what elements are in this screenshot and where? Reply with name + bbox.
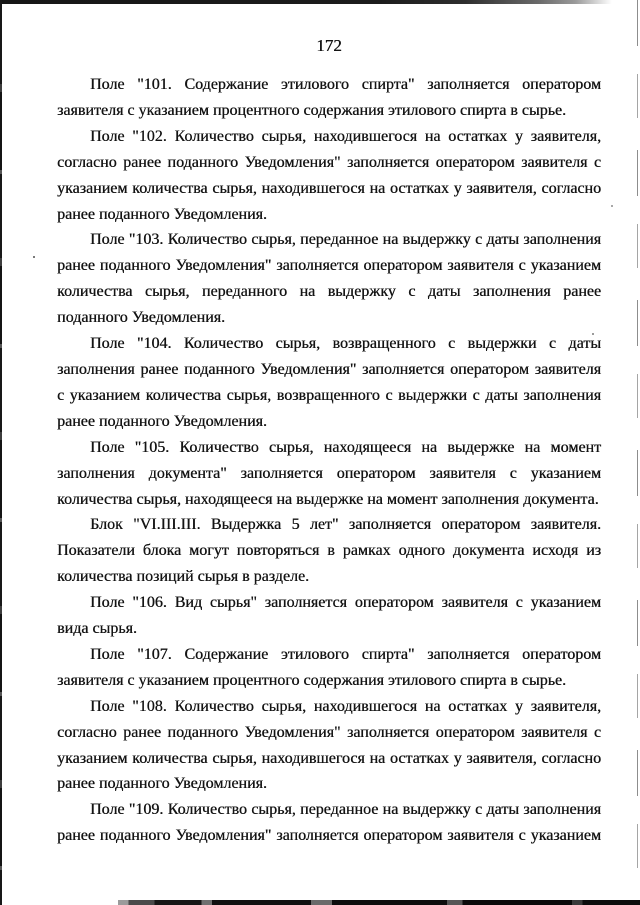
para-field-107: Поле "107. Содержание этилового спирта" …: [57, 642, 601, 694]
para-field-105: Поле "105. Количество сырья, находящееся…: [57, 435, 601, 513]
scan-edge-left: [0, 0, 2, 905]
scan-edge-right: [637, 0, 638, 905]
para-field-104: Поле "104. Количество сырья, возвращенно…: [57, 331, 601, 435]
scan-edge-bottom: [118, 900, 640, 905]
scan-noise-specks: [0, 0, 2, 2]
scan-edge-top: [0, 0, 612, 4]
para-field-101: Поле "101. Содержание этилового спирта" …: [57, 72, 601, 124]
para-field-108: Поле "108. Количество сырья, находившего…: [57, 694, 601, 798]
document-text: Поле "101. Содержание этилового спирта" …: [57, 72, 601, 849]
page-number: 172: [57, 36, 601, 56]
para-block-vi-iii-iii: Блок "VI.III.III. Выдержка 5 лет" заполн…: [57, 512, 601, 590]
para-field-102: Поле "102. Количество сырья, находившего…: [57, 124, 601, 228]
para-field-103: Поле "103. Количество сырья, переданное …: [57, 227, 601, 331]
para-field-106: Поле "106. Вид сырья" заполняется операт…: [57, 590, 601, 642]
para-field-109: Поле "109. Количество сырья, переданное …: [57, 797, 601, 849]
